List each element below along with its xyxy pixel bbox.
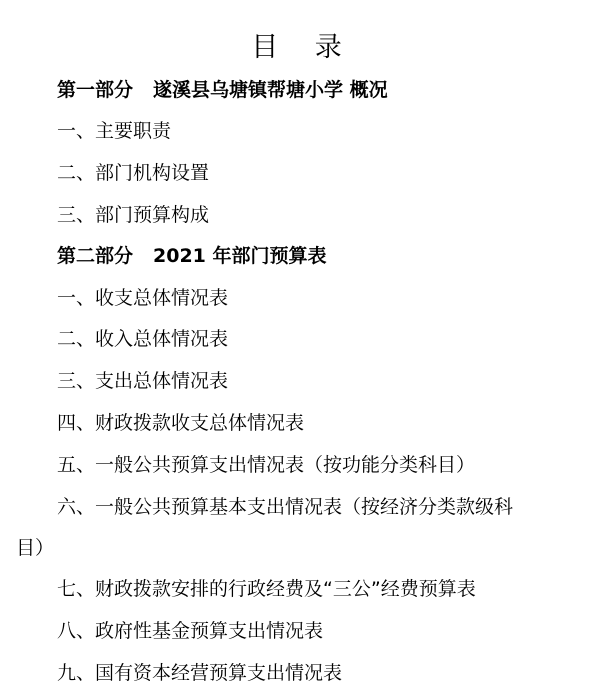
toc-item-budget-composition[interactable]: 三、部门预算构成: [57, 202, 209, 228]
part2-title: 2021 年部门预算表: [153, 245, 327, 267]
toc-page: 目 录 第一部分遂溪县乌塘镇帮塘小学 概况 一、主要职责 二、部门机构设置 三、…: [0, 0, 593, 689]
toc-item-org-setup[interactable]: 二、部门机构设置: [57, 160, 209, 186]
toc-item-main-duties[interactable]: 一、主要职责: [57, 118, 171, 144]
part2-heading[interactable]: 第二部分2021 年部门预算表: [57, 243, 327, 269]
toc-item-fiscal-appropriation-overview[interactable]: 四、财政拨款收支总体情况表: [57, 410, 304, 436]
toc-title: 目 录: [0, 30, 593, 66]
toc-item-state-capital-budget[interactable]: 九、国有资本经营预算支出情况表: [57, 660, 342, 686]
part1-title: 遂溪县乌塘镇帮塘小学 概况: [153, 79, 388, 101]
part1-label: 第一部分: [57, 79, 133, 101]
toc-item-general-budget-basic-by-economic-continued[interactable]: 目）: [16, 535, 54, 561]
toc-item-admin-and-three-public-expenses[interactable]: 七、财政拨款安排的行政经费及“三公”经费预算表: [57, 576, 476, 602]
toc-item-general-budget-by-function[interactable]: 五、一般公共预算支出情况表（按功能分类科目）: [57, 452, 475, 478]
toc-item-government-fund-budget[interactable]: 八、政府性基金预算支出情况表: [57, 618, 323, 644]
toc-item-expenditure-overview[interactable]: 三、支出总体情况表: [57, 368, 228, 394]
part1-heading[interactable]: 第一部分遂溪县乌塘镇帮塘小学 概况: [57, 77, 388, 103]
part2-label: 第二部分: [57, 245, 133, 267]
toc-item-revenue-expenditure-overview[interactable]: 一、收支总体情况表: [57, 285, 228, 311]
toc-item-general-budget-basic-by-economic[interactable]: 六、一般公共预算基本支出情况表（按经济分类款级科: [57, 494, 513, 520]
toc-item-revenue-overview[interactable]: 二、收入总体情况表: [57, 326, 228, 352]
